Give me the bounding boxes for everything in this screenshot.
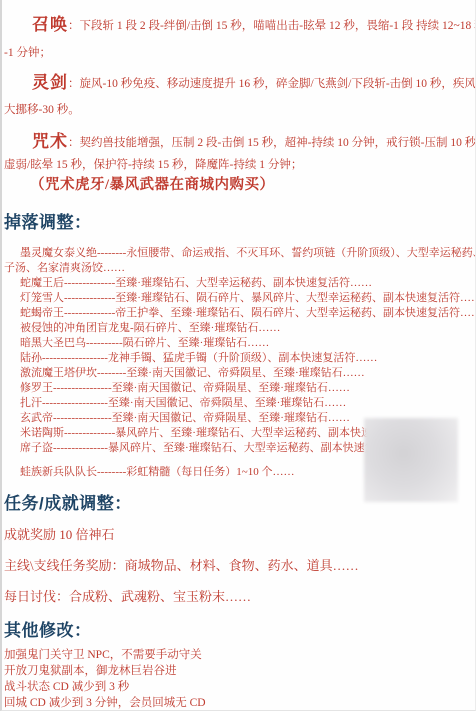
- other-line: 开放刀鬼狱副本，御龙林巨岩谷进: [4, 665, 177, 679]
- other-line: 加强鬼门关守卫 NPC，不需要手动守关: [4, 649, 202, 663]
- other-line: 战斗状态 CD 减少到 3 秒: [4, 681, 129, 695]
- skill-wrap-sword: 大挪移-30 秒。: [4, 104, 80, 118]
- skill-body-summon: ：下段斩 1 段 2 段-绊倒/击倒 15 秒，喵喵出击-眩晕 12 秒，畏缩-…: [68, 20, 476, 32]
- drop-row: 激流魔王塔伊坎--------至臻·南天国徽记、帝舜陨星、至臻·璀璨钻石……: [20, 367, 365, 380]
- task-line: 主线\支线任务奖励：商城物品、材料、食物、药水、道具……: [4, 558, 359, 574]
- drop-row: 蛇魔王后--------------至臻·璀璨钻石、大型幸运秘药、副本快速复活符…: [20, 277, 372, 290]
- drop-row-daily: 蛙族新兵队队长--------彩虹精髓（每日任务）1~10 个……: [20, 466, 295, 479]
- drop-row: 被侵蚀的冲角团盲龙鬼-陨石碎片、至臻·璀璨钻石……: [20, 322, 280, 335]
- skill-wrap-curse: 虚弱/眩晕 15 秒，保护符-持续 15 秒，降魔阵-持续 1 分钟；: [4, 159, 302, 173]
- drop-row-wrap: 子汤、名家清爽汤饺……: [4, 262, 125, 275]
- shop-purchase-note: （咒术虎牙/暴风武器在商城内购买）: [30, 177, 275, 194]
- skill-wrap-summon: -1 分钟；: [4, 47, 51, 61]
- drop-row: 灯笼雪人--------------至臻·璀璨钻石、陨石碎片、暴风碎片、大型幸运…: [20, 292, 476, 305]
- section-heading-tasks: 任务/成就调整：: [4, 494, 132, 514]
- drop-row: 修罗王----------------至臻·南天国徽记、帝舜陨星、至臻·璀璨钻石…: [20, 382, 350, 395]
- skill-line-curse: 咒术：契约兽技能增强，压制 2 段-击倒 15 秒，超神-持续 10 分钟，戒行…: [32, 132, 476, 152]
- drop-row: 席子盗---------------暴风碎片、至臻·璀璨钻石、大型幸运秘药、副本…: [20, 442, 420, 455]
- other-line: 回城 CD 减少到 3 分钟，会员回城无 CD: [4, 697, 206, 711]
- skill-name-curse: 咒术: [32, 132, 68, 151]
- skill-line-sword: 灵剑：旋风-10 秒免疫、移动速度提升 16 秒，碎金脚/飞燕剑/下段斩-击倒 …: [32, 73, 476, 93]
- drop-row: 扎汗------------------至臻·南天国徽记、帝舜陨星、至臻·璀璨钻…: [20, 397, 346, 410]
- skill-name-sword: 灵剑: [32, 73, 68, 92]
- skill-line-summon: 召唤：下段斩 1 段 2 段-绊倒/击倒 15 秒，喵喵出击-眩晕 12 秒，畏…: [32, 15, 476, 35]
- task-line: 成就奖励 10 倍神石: [4, 527, 115, 543]
- section-heading-drops: 掉落调整：: [4, 213, 92, 233]
- task-line: 每日讨伐：合成粉、武魂粉、宝玉粉末……: [4, 589, 251, 605]
- patch-notes-document: 召唤：下段斩 1 段 2 段-绊倒/击倒 15 秒，喵喵出击-眩晕 12 秒，畏…: [0, 0, 476, 711]
- skill-name-summon: 召唤: [32, 15, 68, 34]
- drop-row: 暗黑大圣巴乌----------陨石碎片、至臻·璀璨钻石……: [20, 337, 269, 350]
- drop-row: 蛇蝎帝王--------------帝王护拳、至臻·璀璨钻石、陨石碎片、大型幸运…: [20, 307, 476, 320]
- skill-body-curse: ：契约兽技能增强，压制 2 段-击倒 15 秒，超神-持续 10 分钟，戒行锁-…: [68, 137, 476, 149]
- drop-row: 玄武帝----------------至臻·南天国徽记、帝舜陨星、至臻·璀璨钻石…: [20, 412, 350, 425]
- drop-row: 陆孙------------------龙神手镯、猛虎手镯（升阶顶级）、副本快速…: [20, 352, 377, 365]
- censored-blur-patch: [364, 418, 458, 502]
- skill-body-sword: ：旋风-10 秒免疫、移动速度提升 16 秒，碎金脚/飞燕剑/下段斩-击倒 10…: [68, 78, 476, 90]
- section-heading-others: 其他修改：: [4, 621, 92, 641]
- drop-row: 墨灵魔女泰义绝--------永恒腰带、命运戒指、不灭耳环、誓约项链（升阶顶级）…: [20, 247, 476, 260]
